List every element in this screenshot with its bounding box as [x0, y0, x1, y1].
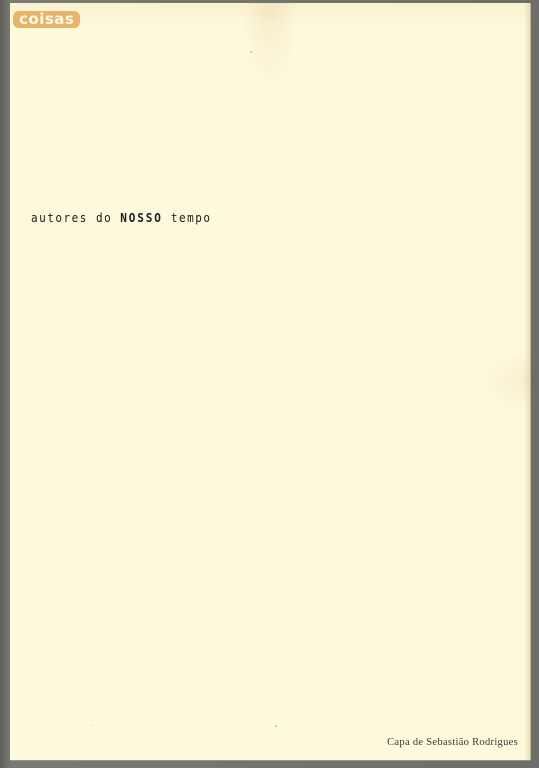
paper-speck — [250, 51, 252, 53]
series-title-part1: autores do — [31, 211, 112, 225]
cover-design-credit: Capa de Sebastião Rodrigues — [387, 737, 518, 748]
paper-speck — [92, 725, 93, 726]
book-cover: coisas autores do NOSSO tempo Capa de Se… — [10, 3, 530, 760]
series-title: autores do NOSSO tempo — [31, 211, 211, 225]
paper-speck — [275, 725, 277, 727]
series-title-part2: tempo — [171, 211, 212, 225]
publisher-logo-badge: coisas — [13, 11, 80, 28]
series-title-emphasis: NOSSO — [120, 211, 162, 225]
